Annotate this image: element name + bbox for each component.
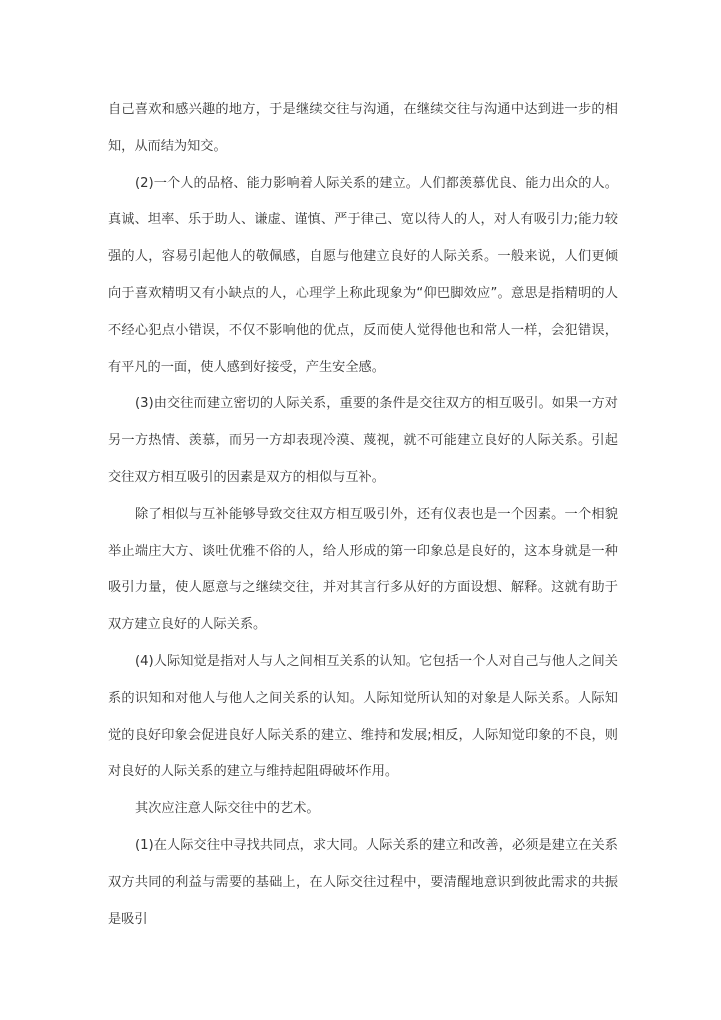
paragraph-character-ability: (2)一个人的品格、能力影响着人际关系的建立。人们都羡慕优良、能力出众的人。真诚… (108, 166, 618, 387)
paragraph-text-before-link: (2)一个人的品格、能力影响着人际关系的建立。人们都羡慕优良、能力出众的人。真诚… (108, 176, 618, 301)
paragraph-appearance: 除了相似与互补能够导致交往双方相互吸引外，还有仪表也是一个因素。一个相貌举止端庄… (108, 497, 618, 644)
document-body: 自己喜欢和感兴趣的地方，于是继续交往与沟通，在继续交往与沟通中达到进一步的相知，… (108, 92, 618, 938)
paragraph-continuation: 自己喜欢和感兴趣的地方，于是继续交往与沟通，在继续交往与沟通中达到进一步的相知，… (108, 92, 618, 166)
paragraph-common-ground: (1)在人际交往中寻找共同点，求大同。人际关系的建立和改善，必须是建立在关系双方… (108, 828, 618, 938)
paragraph-mutual-attraction: (3)由交往而建立密切的人际关系，重要的条件是交往双方的相互吸引。如果一方对另一… (108, 386, 618, 496)
psychology-link[interactable]: 心理学 (296, 286, 336, 301)
paragraph-section-heading: 其次应注意人际交往中的艺术。 (108, 791, 618, 828)
paragraph-interpersonal-perception: (4)人际知觉是指对人与人之间相互关系的认知。它包括一个人对自己与他人之间关系的… (108, 644, 618, 791)
